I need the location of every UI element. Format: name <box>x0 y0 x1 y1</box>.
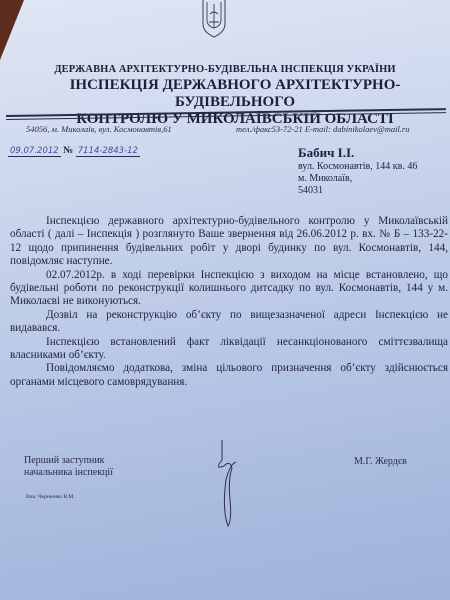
executor-note: Вик: Черніенко В.М. <box>26 494 75 500</box>
paragraph: Інспекцією встановлений факт ліквідації … <box>10 336 448 363</box>
letter-body: Інспекцією державного архітектурно-будів… <box>10 215 448 389</box>
agency-phone-email: тел./факс53-72-21 E-mail: dabinikolaev@m… <box>236 124 410 134</box>
paragraph: 02.07.2012р. в ході перевірки Інспекцією… <box>10 269 448 309</box>
signatory-title-line1: Перший заступник <box>24 455 113 467</box>
signer-name: М.Г. Жердєв <box>354 456 407 467</box>
paragraph: Інспекцією державного архітектурно-будів… <box>10 215 448 269</box>
paragraph: Повідомляємо додаткова, зміна цільового … <box>10 362 448 389</box>
number-label: № <box>63 145 73 156</box>
signatory-title-line2: начальника інспекції <box>24 467 113 479</box>
recipient-address-line2: м. Миколаїв, <box>298 173 417 185</box>
signatory-title: Перший заступник начальника інспекції <box>24 455 113 479</box>
recipient-postal-code: 54031 <box>298 185 417 197</box>
registration-date: 09.07.2012 <box>8 146 61 157</box>
agency-name-line1: ІНСПЕКЦІЯ ДЕРЖАВНОГО АРХІТЕКТУРНО-БУДІВЕ… <box>30 77 440 111</box>
registration-line: 09.07.2012 № 7114-2843-12 <box>8 145 140 156</box>
registration-number: 7114-2843-12 <box>76 146 140 157</box>
recipient-name: Бабич І.І. <box>298 145 417 161</box>
handwritten-signature-icon <box>210 440 250 530</box>
agency-parent-name: ДЕРЖАВНА АРХІТЕКТУРНО-БУДІВЕЛЬНА ІНСПЕКЦ… <box>0 64 450 75</box>
paragraph: Дозвіл на реконструкцію об’єкту по вищез… <box>10 309 448 336</box>
trident-emblem-icon <box>200 0 228 38</box>
agency-address: 54056, м. Миколаїв, вул. Космонавтів,61 <box>26 124 172 134</box>
recipient-block: Бабич І.І. вул. Космонавтів, 144 кв. 46 … <box>298 145 417 197</box>
agency-name: ІНСПЕКЦІЯ ДЕРЖАВНОГО АРХІТЕКТУРНО-БУДІВЕ… <box>30 77 440 128</box>
recipient-address-line1: вул. Космонавтів, 144 кв. 46 <box>298 161 417 173</box>
